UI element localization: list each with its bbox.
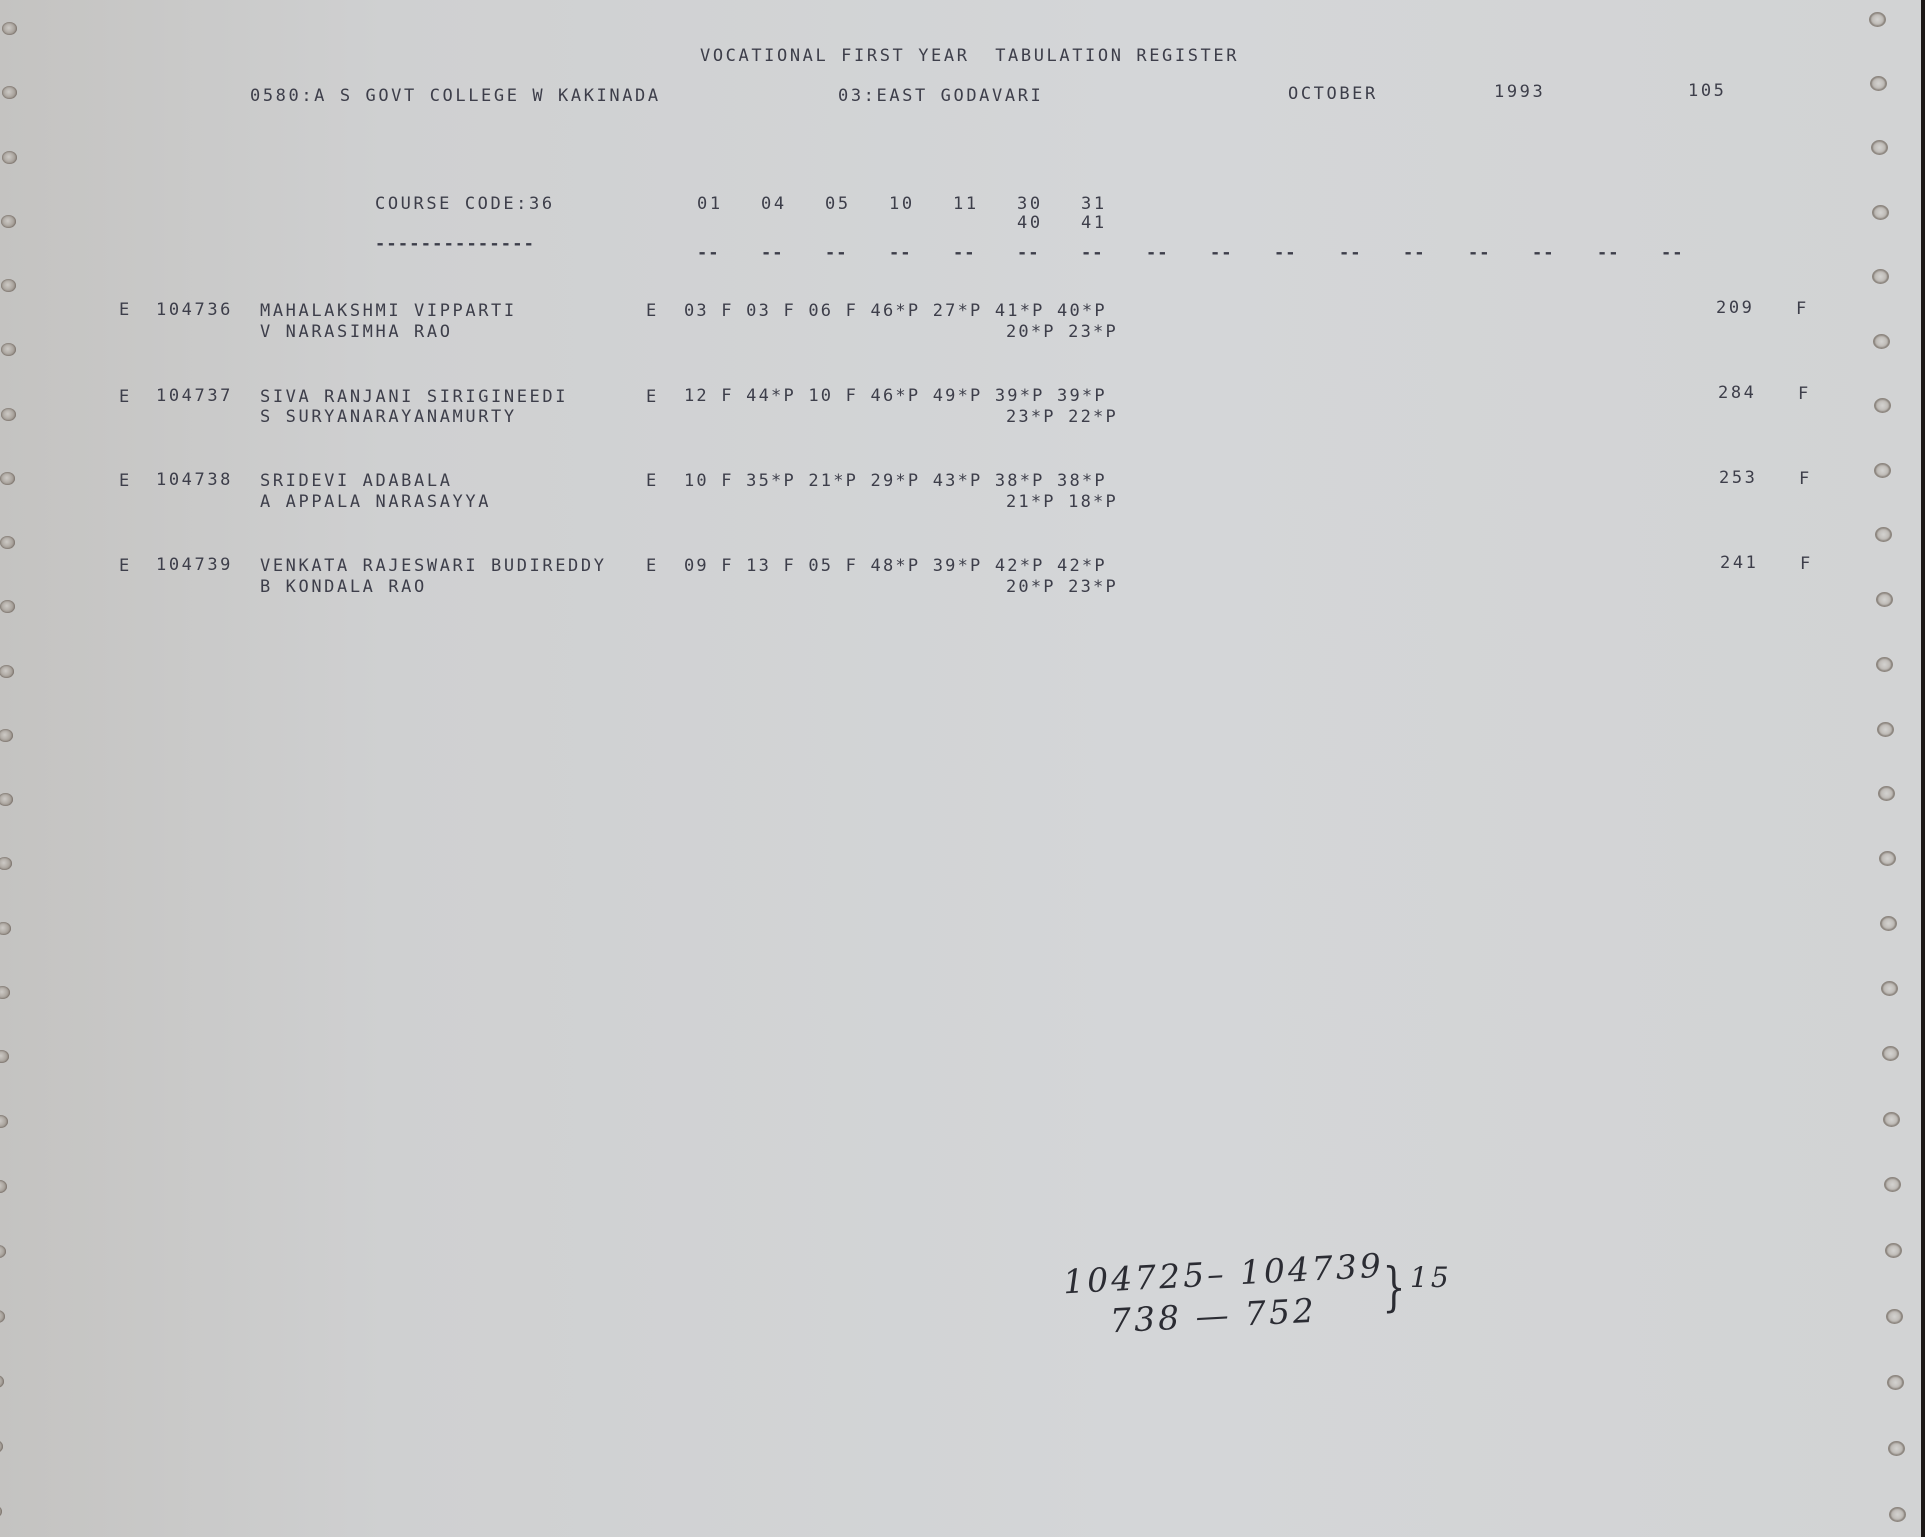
sprocket-hole-icon [0,1245,6,1258]
sprocket-hole-icon [2,22,17,35]
column-dash: -- [761,243,783,263]
sprocket-hole-icon [1879,851,1896,866]
column-dash: -- [1661,243,1683,263]
hall-ticket-number: 104739 [156,555,233,575]
subject-code: 31 [1081,194,1107,214]
column-dash: -- [1403,243,1425,263]
sprocket-hole-icon [0,729,13,742]
column-dash: -- [1468,243,1490,263]
parent-name: B KONDALA RAO [260,577,427,597]
marks-line-1: 09 F 13 F 05 F 48*P 39*P 42*P 42*P [684,556,1107,576]
student-name: MAHALAKSHMI VIPPARTI [260,301,517,321]
subject-code: 05 [825,194,851,214]
subject-code: 40 [1017,213,1043,233]
medium-code: E [646,301,659,321]
sprocket-hole-icon [1872,205,1889,220]
sprocket-hole-icon [1888,1441,1905,1456]
sprocket-hole-icon [1884,1177,1901,1192]
hall-ticket-number: 104736 [156,300,233,320]
sprocket-hole-icon [1869,12,1886,27]
sprocket-hole-icon [2,151,17,164]
medium-code: E [646,471,659,491]
sprocket-hole-icon [0,1440,3,1453]
sprocket-hole-icon [1874,463,1891,478]
parent-name: S SURYANARAYANAMURTY [260,407,517,427]
sprocket-hole-icon [1,343,16,356]
marks-line-1: 03 F 03 F 06 F 46*P 27*P 41*P 40*P [684,301,1107,321]
subject-code: 11 [953,194,979,214]
sprocket-hole-icon [0,1050,9,1063]
sprocket-hole-icon [0,1310,5,1323]
sprocket-hole-icon [1886,1309,1903,1324]
total-marks: 253 [1719,468,1758,488]
sprocket-hole-icon [1878,786,1895,801]
column-dash: -- [1532,243,1554,263]
sprocket-hole-icon [1872,269,1889,284]
subject-code: 04 [761,194,787,214]
column-dash: -- [1597,243,1619,263]
marks-line-2: 23*P 22*P [1006,407,1118,427]
parent-name: A APPALA NARASAYYA [260,492,491,512]
subject-code: 01 [697,194,723,214]
total-marks: 241 [1720,553,1759,573]
sprocket-hole-icon [1882,1046,1899,1061]
handwritten-range-1: 104725– 104739 [1062,1247,1384,1302]
handwritten-range-2: 738 — 752 [1109,1292,1318,1341]
result-status: F [1800,554,1813,574]
report-title: VOCATIONAL FIRST YEAR TABULATION REGISTE… [700,46,1239,66]
sprocket-hole-icon [1876,657,1893,672]
sprocket-hole-icon [2,86,17,99]
sprocket-hole-icon [0,600,15,613]
result-status: F [1796,299,1809,319]
column-dash: -- [697,243,719,263]
sprocket-hole-icon [0,1115,8,1128]
sprocket-hole-icon [1875,527,1892,542]
hall-ticket-number: 104738 [156,470,233,490]
column-dash: -- [1210,243,1232,263]
sprocket-hole-icon [0,1505,2,1518]
sprocket-hole-icon [1880,916,1897,931]
column-dash: -- [953,243,975,263]
medium-code: E [646,556,659,576]
course-code-underline: -------------- [375,234,535,254]
sprocket-hole-icon [1874,398,1891,413]
sprocket-hole-icon [0,472,15,485]
column-dash: -- [1339,243,1361,263]
column-dash: -- [1146,243,1168,263]
student-name: SIVA RANJANI SIRIGINEEDI [260,387,568,407]
handwritten-count: 15 [1410,1259,1452,1297]
marks-line-2: 20*P 23*P [1006,577,1118,597]
printout-paper: VOCATIONAL FIRST YEAR TABULATION REGISTE… [0,0,1922,1537]
medium-code: E [646,387,659,407]
marks-line-2: 21*P 18*P [1006,492,1118,512]
exam-month: OCTOBER [1288,84,1378,104]
result-status: F [1798,384,1811,404]
sprocket-hole-icon [1883,1112,1900,1127]
hall-ticket-number: 104737 [156,386,233,406]
record-flag: E [119,471,132,491]
record-flag: E [119,300,132,320]
subject-code: 30 [1017,194,1043,214]
sprocket-hole-icon [0,1180,7,1193]
sprocket-hole-icon [0,922,11,935]
result-status: F [1799,469,1812,489]
sprocket-hole-icon [1873,334,1890,349]
marks-line-2: 20*P 23*P [1006,322,1118,342]
record-flag: E [119,556,132,576]
column-dash: -- [1081,243,1103,263]
sprocket-hole-icon [1,408,16,421]
sprocket-hole-icon [0,536,15,549]
marks-line-1: 10 F 35*P 21*P 29*P 43*P 38*P 38*P [684,471,1107,491]
sprocket-hole-icon [0,1375,4,1388]
handwritten-brace: } [1382,1258,1407,1318]
student-name: VENKATA RAJESWARI BUDIREDDY [260,556,607,576]
page-number: 105 [1688,81,1727,101]
total-marks: 284 [1718,383,1757,403]
column-dash: -- [825,243,847,263]
sprocket-hole-icon [0,665,14,678]
sprocket-hole-icon [1876,592,1893,607]
record-flag: E [119,387,132,407]
table-edge [1921,0,1925,1537]
sprocket-hole-icon [1881,981,1898,996]
subject-code: 41 [1081,213,1107,233]
sprocket-hole-icon [0,986,10,999]
course-code-label: COURSE CODE:36 [375,194,555,214]
column-dash: -- [1017,243,1039,263]
sprocket-hole-icon [0,793,13,806]
sprocket-hole-icon [1,279,16,292]
exam-year: 1993 [1494,82,1545,102]
college-name: 0580:A S GOVT COLLEGE W KAKINADA [250,86,661,106]
column-dash: -- [1274,243,1296,263]
district-name: 03:EAST GODAVARI [838,86,1043,106]
sprocket-hole-icon [1870,76,1887,91]
sprocket-hole-icon [1,215,16,228]
sprocket-hole-icon [0,857,12,870]
total-marks: 209 [1716,298,1755,318]
column-dash: -- [889,243,911,263]
subject-code: 10 [889,194,915,214]
marks-line-1: 12 F 44*P 10 F 46*P 49*P 39*P 39*P [684,386,1107,406]
sprocket-hole-icon [1871,140,1888,155]
sprocket-hole-icon [1887,1375,1904,1390]
sprocket-hole-icon [1885,1243,1902,1258]
sprocket-hole-icon [1877,722,1894,737]
student-name: SRIDEVI ADABALA [260,471,453,491]
sprocket-hole-icon [1889,1507,1906,1522]
parent-name: V NARASIMHA RAO [260,322,453,342]
